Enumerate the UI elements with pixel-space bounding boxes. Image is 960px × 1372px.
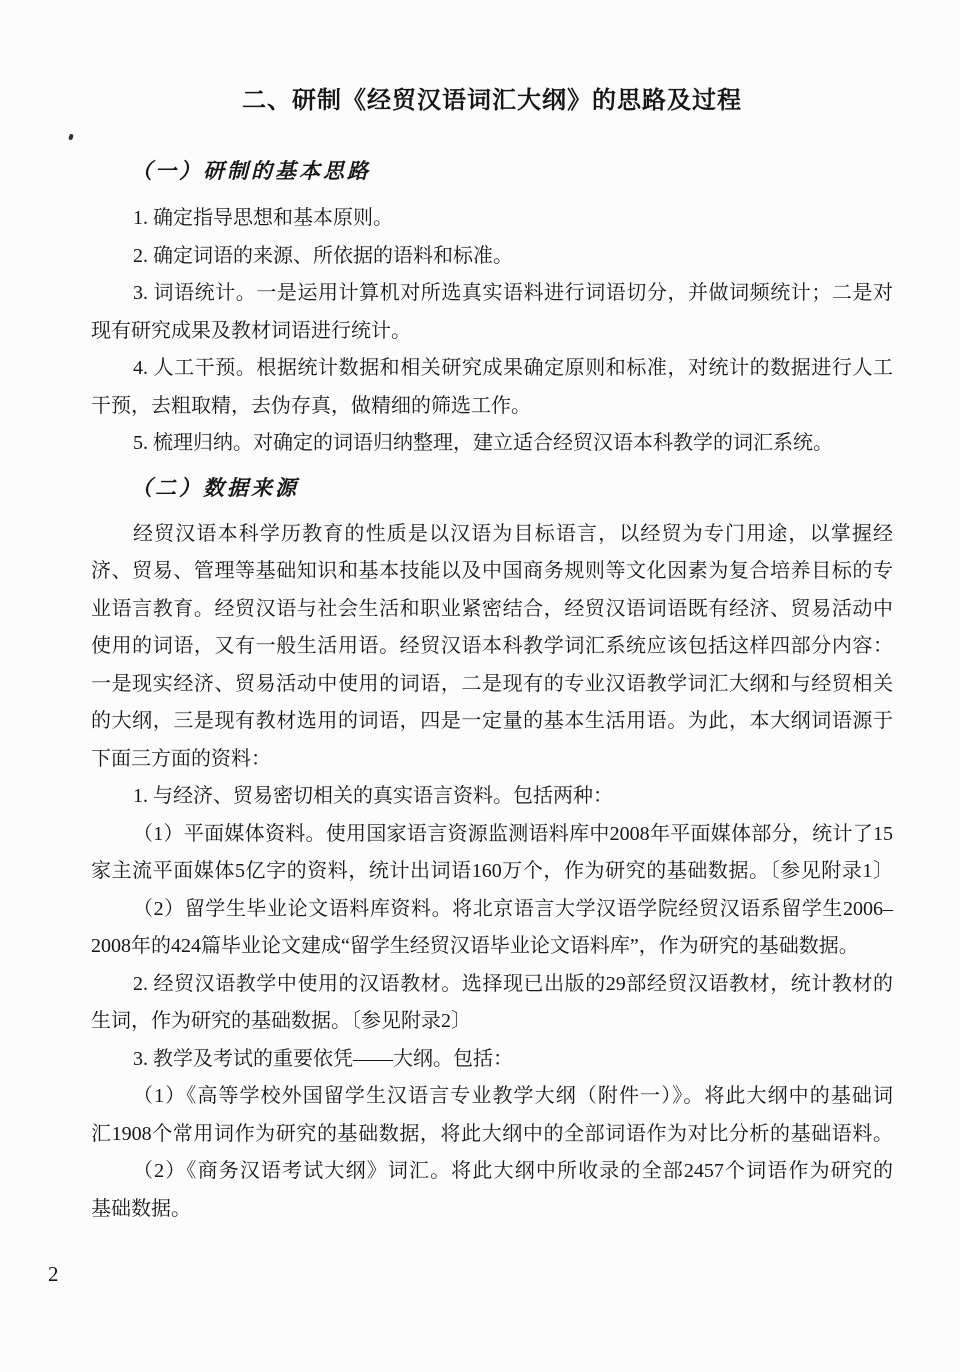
text-line: 1. 确定指导思想和基本原则。	[91, 200, 893, 238]
text-line: 2. 确定词语的来源、所依据的语料和标准。	[91, 238, 893, 276]
text-line: 生词，作为研究的基础数据。〔参见附录2〕	[91, 1003, 893, 1041]
text-line: 干预，去粗取精，去伪存真，做精细的筛选工作。	[91, 388, 893, 426]
scan-speck	[68, 134, 74, 141]
text-line: 3. 教学及考试的重要依凭——大纲。包括：	[91, 1041, 893, 1079]
text-line: （2）留学生毕业论文语料库资料。将北京语言大学汉语学院经贸汉语系留学生2006–	[91, 891, 893, 929]
text-line: （2）《商务汉语考试大纲》词汇。将此大纲中所收录的全部2457个词语作为研究的	[91, 1153, 893, 1191]
text-line: 3. 词语统计。一是运用计算机对所选真实语料进行词语切分，并做词频统计；二是对	[91, 275, 893, 313]
section-heading-2: （二）数据来源	[131, 475, 893, 501]
text-line: （1）《高等学校外国留学生汉语言专业教学大纲（附件一）》。将此大纲中的基础词	[91, 1078, 893, 1116]
section-heading-1: （一）研制的基本思路	[131, 158, 893, 184]
text-line: 下面三方面的资料：	[91, 741, 893, 779]
text-line: 5. 梳理归纳。对确定的词语归纳整理，建立适合经贸汉语本科教学的词汇系统。	[91, 425, 893, 463]
document-page: 二、研制《经贸汉语词汇大纲》的思路及过程 （一）研制的基本思路 1. 确定指导思…	[0, 0, 960, 1372]
text-line: 济、贸易、管理等基础知识和基本技能以及中国商务规则等文化因素为复合培养目标的专	[91, 553, 893, 591]
text-line: 汇1908个常用词作为研究的基础数据，将此大纲中的全部词语作为对比分析的基础语料…	[91, 1116, 893, 1154]
text-line: 2008年的424篇毕业论文建成“留学生经贸汉语毕业论文语料库”，作为研究的基础…	[91, 928, 893, 966]
text-line: 业语言教育。经贸汉语与社会生活和职业紧密结合，经贸汉语词语既有经济、贸易活动中	[91, 591, 893, 629]
text-line: 的大纲，三是现有教材选用的词语，四是一定量的基本生活用语。为此，本大纲词语源于	[91, 703, 893, 741]
text-line: 家主流平面媒体5亿字的资料，统计出词语160万个，作为研究的基础数据。〔参见附录…	[91, 853, 893, 891]
text-line: 现有研究成果及教材词语进行统计。	[91, 313, 893, 351]
text-line: 一是现实经济、贸易活动中使用的词语，二是现有的专业汉语教学词汇大纲和与经贸相关	[91, 666, 893, 704]
page-title: 二、研制《经贸汉语词汇大纲》的思路及过程	[91, 86, 893, 116]
text-line: 4. 人工干预。根据统计数据和相关研究成果确定原则和标准，对统计的数据进行人工	[91, 350, 893, 388]
text-line: 基础数据。	[91, 1191, 893, 1229]
text-line: 使用的词语，又有一般生活用语。经贸汉语本科教学词汇系统应该包括这样四部分内容：	[91, 628, 893, 666]
page-number: 2	[48, 1262, 59, 1286]
text-line: 1. 与经济、贸易密切相关的真实语言资料。包括两种：	[91, 778, 893, 816]
text-line: 2. 经贸汉语教学中使用的汉语教材。选择现已出版的29部经贸汉语教材，统计教材的	[91, 966, 893, 1004]
text-line: （1）平面媒体资料。使用国家语言资源监测语料库中2008年平面媒体部分，统计了1…	[91, 816, 893, 854]
text-line: 经贸汉语本科学历教育的性质是以汉语为目标语言，以经贸为专门用途，以掌握经	[91, 516, 893, 554]
